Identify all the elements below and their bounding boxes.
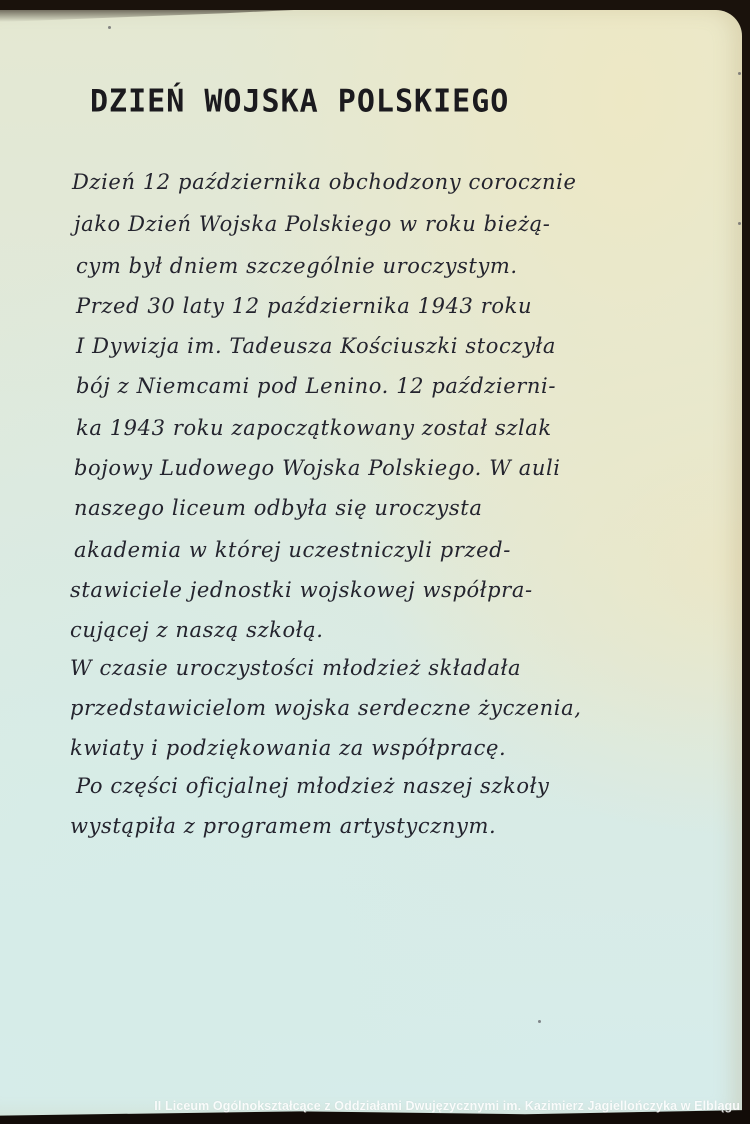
paper-speck bbox=[738, 222, 741, 225]
text-line: Dzień 12 października obchodzony coroczn… bbox=[72, 170, 577, 210]
text-line: W czasie uroczystości młodzież składała bbox=[70, 656, 521, 696]
page-title: DZIEŃ WOJSKA POLSKIEGO bbox=[90, 83, 650, 120]
text-line: akademia w której uczestniczyli przed- bbox=[74, 538, 511, 578]
paper-speck bbox=[738, 72, 741, 75]
paper-speck bbox=[538, 1020, 541, 1023]
chronicle-page: DZIEŃ WOJSKA POLSKIEGO Dzień 12 paździer… bbox=[0, 10, 742, 1116]
text-line: cym był dniem szczególnie uroczystym. bbox=[76, 254, 518, 294]
text-line: jako Dzień Wojska Polskiego w roku bieżą… bbox=[74, 212, 551, 252]
text-line: bój z Niemcami pod Lenino. 12 październi… bbox=[76, 374, 556, 414]
text-line: cującej z naszą szkołą. bbox=[70, 618, 324, 658]
text-line: I Dywizja im. Tadeusza Kościuszki stoczy… bbox=[76, 334, 556, 374]
text-line: przedstawicielom wojska serdeczne życzen… bbox=[70, 696, 582, 736]
text-line: stawiciele jednostki wojskowej współpra- bbox=[70, 578, 533, 618]
text-line: ka 1943 roku zapoczątkowany został szlak bbox=[76, 416, 552, 456]
text-line: Po części oficjalnej młodzież naszej szk… bbox=[76, 774, 550, 814]
text-line: Przed 30 laty 12 października 1943 roku bbox=[76, 294, 532, 334]
paper-speck bbox=[108, 26, 111, 29]
text-line: kwiaty i podziękowania za współpracę. bbox=[70, 736, 506, 776]
text-line: bojowy Ludowego Wojska Polskiego. W auli bbox=[74, 456, 561, 496]
watermark-footer: II Liceum Ogólnokształcące z Oddziałami … bbox=[154, 1099, 740, 1113]
text-line: naszego liceum odbyła się uroczysta bbox=[74, 496, 482, 536]
text-line: wystąpiła z programem artystycznym. bbox=[70, 814, 496, 854]
